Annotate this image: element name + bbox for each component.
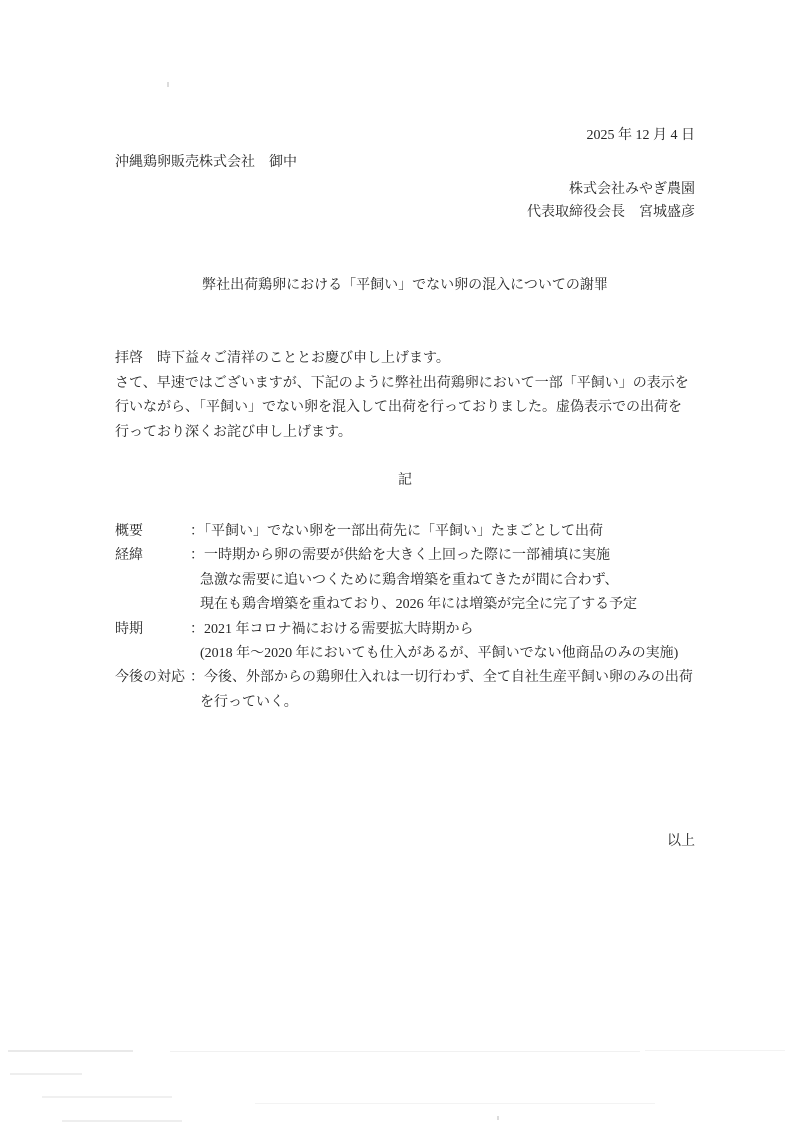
body-line-greeting: 拝啓 時下益々ご清祥のこととお慶び申し上げます。 bbox=[115, 347, 705, 372]
item-label: 時期 bbox=[115, 618, 190, 667]
item-label: 概要 bbox=[115, 520, 190, 544]
item-value: ：一時期から卵の需要が供給を大きく上回った際に一部補填に実施 急激な需要に追いつ… bbox=[190, 544, 710, 617]
item-value: ：今後、外部からの鶏卵仕入れは一切行わず、全て自社生産平飼い卵のみの出荷 を行っ… bbox=[190, 666, 710, 715]
letter-title: 弊社出荷鶏卵における「平飼い」でない卵の混入についての謝罪 bbox=[115, 276, 695, 296]
scan-speck bbox=[167, 82, 169, 87]
item-future-response: 今後の対応 ：今後、外部からの鶏卵仕入れは一切行わず、全て自社生産平飼い卵のみの… bbox=[115, 666, 710, 715]
scan-artifact bbox=[62, 1120, 182, 1122]
item-value-line: 急激な需要に追いつくために鶏舎増築を重ねてきたが間に合わず、 bbox=[190, 569, 710, 593]
record-marker: 記 bbox=[115, 471, 695, 491]
scan-artifact bbox=[10, 1073, 82, 1075]
detail-items: 概要 ：「平飼い」でない卵を一部出荷先に「平飼い」たまごとして出荷 経緯 ：一時… bbox=[115, 520, 710, 715]
scan-speck bbox=[497, 1116, 499, 1120]
item-value-line: ：2021 年コロナ禍における需要拡大時期から bbox=[190, 618, 710, 642]
item-background: 経緯 ：一時期から卵の需要が供給を大きく上回った際に一部補填に実施 急激な需要に… bbox=[115, 544, 710, 617]
sender-representative: 代表取締役会長 宮城盛彦 bbox=[527, 203, 695, 223]
sender-company: 株式会社みやぎ農園 bbox=[569, 180, 695, 200]
item-value-line: を行っていく。 bbox=[190, 691, 710, 715]
item-value: ：2021 年コロナ禍における需要拡大時期から (2018 年～2020 年にお… bbox=[190, 618, 710, 667]
item-value-line: ：一時期から卵の需要が供給を大きく上回った際に一部補填に実施 bbox=[190, 544, 710, 568]
closing-marker: 以上 bbox=[667, 832, 695, 852]
item-value-line: ：今後、外部からの鶏卵仕入れは一切行わず、全て自社生産平飼い卵のみの出荷 bbox=[190, 666, 710, 690]
scan-artifact bbox=[42, 1096, 172, 1098]
item-value: ：「平飼い」でない卵を一部出荷先に「平飼い」たまごとして出荷 bbox=[190, 520, 710, 544]
item-period: 時期 ：2021 年コロナ禍における需要拡大時期から (2018 年～2020 … bbox=[115, 618, 710, 667]
item-overview: 概要 ：「平飼い」でない卵を一部出荷先に「平飼い」たまごとして出荷 bbox=[115, 520, 710, 544]
item-label: 今後の対応 bbox=[115, 666, 190, 715]
body-line: さて、早速ではございますが、下記のように弊社出荷鶏卵において一部「平飼い」の表示… bbox=[115, 372, 705, 397]
body-line-apology: 行っており深くお詫び申し上げます。 bbox=[115, 421, 705, 446]
recipient-name: 沖縄鶏卵販売株式会社 御中 bbox=[115, 153, 297, 173]
letter-date: 2025 年 12 月 4 日 bbox=[587, 126, 696, 146]
scan-artifact bbox=[170, 1051, 640, 1052]
item-label: 経緯 bbox=[115, 544, 190, 617]
scanned-letter-page: 2025 年 12 月 4 日 沖縄鶏卵販売株式会社 御中 株式会社みやぎ農園 … bbox=[0, 0, 800, 1132]
item-value-line: ：「平飼い」でない卵を一部出荷先に「平飼い」たまごとして出荷 bbox=[190, 520, 710, 544]
item-value-line: 現在も鶏舎増築を重ねており、2026 年には増築が完全に完了する予定 bbox=[190, 593, 710, 617]
scan-artifact bbox=[645, 1050, 785, 1051]
scan-artifact bbox=[8, 1050, 133, 1052]
item-value-line: (2018 年～2020 年においても仕入があるが、平飼いでない他商品のみの実施… bbox=[190, 642, 710, 666]
body-line: 行いながら、「平飼い」でない卵を混入して出荷を行っておりました。虚偽表示での出荷… bbox=[115, 396, 705, 421]
letter-body: 拝啓 時下益々ご清祥のこととお慶び申し上げます。 さて、早速ではございますが、下… bbox=[115, 347, 705, 445]
scan-artifact bbox=[255, 1103, 655, 1104]
